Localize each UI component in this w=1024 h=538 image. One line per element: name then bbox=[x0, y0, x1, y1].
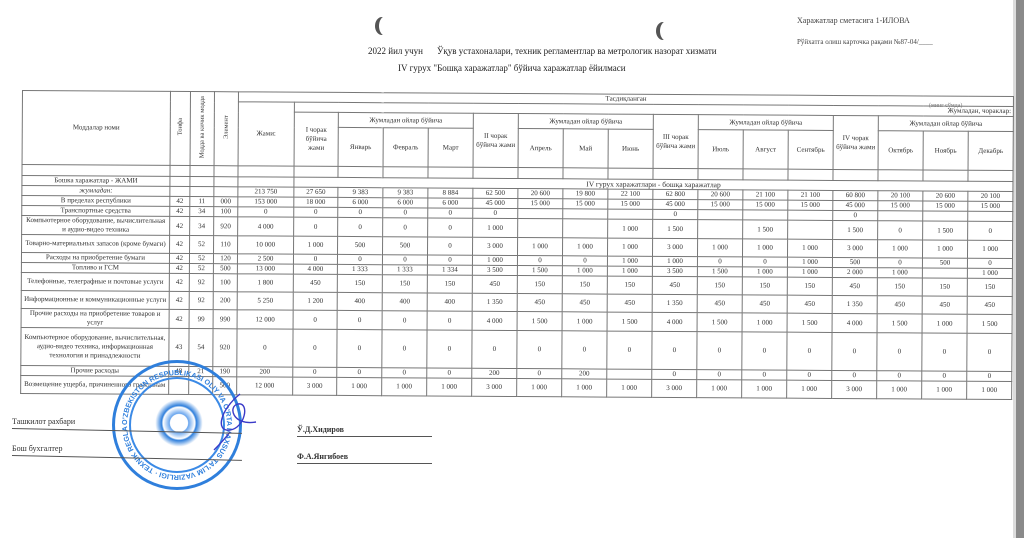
row-value-cell: 1 000 bbox=[967, 268, 1012, 278]
spacer-cell bbox=[518, 168, 563, 179]
row-group: 42 bbox=[169, 253, 189, 263]
row-value-cell: 500 bbox=[383, 237, 428, 255]
spacer-cell bbox=[608, 168, 653, 179]
row-value-cell: 0 bbox=[338, 207, 383, 217]
row-value-cell: 1 333 bbox=[337, 264, 382, 274]
row-value-cell: 0 bbox=[652, 331, 697, 369]
empty-cell bbox=[190, 187, 214, 197]
row-value-cell: 1 500 bbox=[787, 313, 832, 332]
row-value-cell: 2 000 bbox=[832, 267, 877, 277]
row-name: Информационные и коммуникационные услуги bbox=[21, 290, 169, 309]
row-value-cell bbox=[608, 209, 653, 219]
row-value-cell: 0 bbox=[293, 329, 337, 367]
row-value-cell: 0 bbox=[238, 207, 294, 217]
row-value-cell: 0 bbox=[473, 208, 518, 218]
row-value-cell: 150 bbox=[922, 278, 967, 296]
col-header-month: Июнь bbox=[608, 129, 653, 168]
row-value-cell bbox=[788, 210, 833, 220]
col-header-element: Элемент bbox=[214, 92, 238, 166]
row-value-cell: 1 334 bbox=[427, 265, 472, 275]
row-value-cell: 450 bbox=[967, 296, 1012, 314]
row-value-cell: 0 bbox=[922, 371, 967, 381]
col-header-months-group: Жумладан ойлар бўйича bbox=[878, 116, 1013, 132]
col-header-month: Сентябрь bbox=[788, 130, 833, 169]
col-header-element-text: Элемент bbox=[222, 115, 230, 139]
row-value-cell: 450 bbox=[832, 277, 877, 295]
spacer-cell bbox=[968, 170, 1013, 181]
row-value-cell: 150 bbox=[967, 278, 1012, 296]
empty-cell bbox=[214, 187, 238, 197]
row-value-cell: 0 bbox=[382, 255, 427, 265]
row-value-cell: 1 000 bbox=[337, 377, 382, 395]
row-value-cell bbox=[923, 211, 968, 221]
row-value-cell: 0 bbox=[967, 333, 1012, 371]
empty-cell bbox=[190, 177, 214, 187]
row-value-cell: 0 bbox=[337, 367, 382, 377]
row-value-cell: 15 000 bbox=[563, 199, 608, 209]
spacer-cell bbox=[473, 167, 518, 178]
row-value-cell: 1 000 bbox=[517, 238, 562, 256]
row-value-cell: 0 bbox=[607, 331, 652, 369]
row-value-cell: 0 bbox=[337, 329, 382, 367]
row-value-cell: 150 bbox=[787, 277, 832, 295]
col-header-month: Февраль bbox=[383, 128, 428, 167]
row-value-cell: 4 000 bbox=[472, 311, 517, 330]
row-value-cell: 3 000 bbox=[293, 377, 337, 395]
row-value-cell bbox=[563, 219, 608, 238]
row-value-cell: 3 000 bbox=[832, 239, 877, 257]
row-element: 120 bbox=[213, 254, 237, 264]
row-value-cell: 0 bbox=[517, 369, 562, 379]
row-value-cell: 450 bbox=[877, 296, 922, 314]
row-value-cell: 1 500 bbox=[877, 314, 922, 333]
row-group: 42 bbox=[169, 263, 189, 273]
expense-table: Моддалар номиТоифаМодда ва кичик моддаЭл… bbox=[20, 90, 1014, 400]
row-value-cell: 150 bbox=[562, 276, 607, 294]
total-value-cell: 20 600 bbox=[698, 190, 743, 200]
spacer-cell bbox=[338, 166, 383, 177]
chief-accountant-label: Бош бухгалтер bbox=[12, 444, 62, 453]
row-value-cell bbox=[878, 211, 923, 221]
row-value-cell: 0 bbox=[427, 330, 472, 368]
row-value-cell: 12 000 bbox=[237, 310, 293, 329]
row-value-cell: 150 bbox=[382, 275, 427, 293]
row-value-cell: 150 bbox=[697, 277, 742, 295]
row-value-cell bbox=[607, 369, 652, 379]
row-value-cell: 1 000 bbox=[922, 240, 967, 258]
row-value-cell: 0 bbox=[427, 311, 472, 330]
row-value-cell: 0 bbox=[383, 218, 428, 237]
row-value-cell: 1 200 bbox=[293, 292, 337, 310]
row-value-cell: 1 500 bbox=[833, 220, 878, 239]
row-value-cell: 150 bbox=[877, 278, 922, 296]
registration-number: Рўйхатга олиш карточка рақами №87-04/___… bbox=[797, 38, 933, 46]
total-value-cell: 20 100 bbox=[968, 191, 1013, 201]
row-value-cell: 1 000 bbox=[473, 218, 518, 237]
row-value-cell: 500 bbox=[338, 236, 383, 254]
row-value-cell: 153 000 bbox=[238, 197, 294, 207]
row-value-cell: 1 500 bbox=[607, 312, 652, 331]
empty-cell bbox=[238, 177, 294, 187]
row-value-cell: 4 000 bbox=[652, 312, 697, 331]
row-value-cell: 0 bbox=[742, 370, 787, 380]
row-value-cell: 150 bbox=[427, 275, 472, 293]
row-value-cell: 1 500 bbox=[697, 313, 742, 332]
row-value-cell: 1 000 bbox=[562, 266, 607, 276]
head-of-organization-label: Ташкилот рахбари bbox=[12, 417, 75, 426]
spacer-cell bbox=[833, 169, 878, 180]
row-value-cell: 1 000 bbox=[382, 378, 427, 396]
row-value-cell: 0 bbox=[338, 217, 383, 236]
row-value-cell: 450 bbox=[697, 295, 742, 313]
total-value-cell: 20 600 bbox=[923, 191, 968, 201]
row-value-cell: 18 000 bbox=[294, 197, 338, 207]
row-value-cell: 0 bbox=[832, 332, 877, 370]
row-value-cell: 0 bbox=[878, 221, 923, 240]
row-article: 99 bbox=[189, 310, 213, 329]
row-value-cell: 1 000 bbox=[787, 267, 832, 277]
row-value-cell: 15 000 bbox=[878, 201, 923, 211]
spacer-cell bbox=[653, 168, 698, 179]
spacer-cell bbox=[22, 165, 170, 177]
row-value-cell: 1 000 bbox=[967, 381, 1012, 399]
row-value-cell: 0 bbox=[382, 311, 427, 330]
row-value-cell: 1 000 bbox=[967, 240, 1012, 258]
row-value-cell: 450 bbox=[607, 294, 652, 312]
spacer-cell bbox=[238, 166, 294, 177]
col-header-q3: III чорак бўйича жами bbox=[653, 114, 698, 168]
document-subtitle: IV гурух "Бошқа харажатлар" бўйича хараж… bbox=[398, 63, 626, 73]
row-value-cell: 0 bbox=[787, 332, 832, 370]
row-value-cell: 45 000 bbox=[653, 199, 698, 209]
spacer-cell bbox=[294, 166, 338, 177]
total-value-cell: 60 800 bbox=[833, 190, 878, 200]
row-value-cell: 0 bbox=[562, 331, 607, 369]
row-name: Товарно-материальных запасов (кроме бума… bbox=[22, 235, 170, 254]
row-value-cell: 5 250 bbox=[237, 292, 293, 310]
row-group: 42 bbox=[169, 309, 189, 328]
row-value-cell: 0 bbox=[428, 208, 473, 218]
row-group: 42 bbox=[170, 216, 190, 235]
row-value-cell: 500 bbox=[922, 258, 967, 268]
row-value-cell: 450 bbox=[787, 295, 832, 313]
row-value-cell: 15 000 bbox=[518, 199, 563, 209]
row-value-cell: 1 000 bbox=[787, 239, 832, 257]
empty-cell bbox=[170, 186, 190, 196]
col-header-month: Июль bbox=[698, 130, 743, 169]
row-value-cell: 4 000 bbox=[293, 264, 337, 274]
row-value-cell: 0 bbox=[517, 256, 562, 266]
row-value-cell: 0 bbox=[877, 371, 922, 381]
row-value-cell: 150 bbox=[742, 277, 787, 295]
spacer-cell bbox=[923, 170, 968, 181]
row-article: 34 bbox=[190, 217, 214, 236]
row-element: 100 bbox=[214, 207, 238, 217]
col-header-q1: I чорак бўйича жами bbox=[294, 112, 338, 166]
row-value-cell bbox=[563, 209, 608, 219]
row-group: 42 bbox=[170, 196, 190, 206]
row-value-cell: 0 bbox=[428, 218, 473, 237]
row-article: 92 bbox=[189, 292, 213, 310]
row-value-cell: 450 bbox=[293, 274, 337, 292]
head-name: Ў.Д.Хидиров bbox=[297, 425, 344, 434]
row-value-cell: 0 bbox=[787, 370, 832, 380]
row-value-cell: 1 800 bbox=[237, 274, 293, 292]
row-value-cell: 15 000 bbox=[698, 200, 743, 210]
row-value-cell: 1 000 bbox=[294, 236, 338, 254]
row-value-cell: 400 bbox=[382, 293, 427, 311]
row-value-cell: 0 bbox=[383, 208, 428, 218]
row-value-cell: 3 500 bbox=[652, 266, 697, 276]
row-value-cell: 10 000 bbox=[238, 236, 294, 254]
row-value-cell: 1 000 bbox=[877, 381, 922, 399]
row-value-cell bbox=[968, 211, 1013, 221]
row-value-cell: 1 000 bbox=[742, 239, 787, 257]
row-element: 920 bbox=[213, 329, 237, 367]
row-value-cell: 6 000 bbox=[428, 198, 473, 208]
row-value-cell bbox=[518, 209, 563, 219]
row-value-cell: 0 bbox=[294, 217, 338, 236]
row-value-cell: 0 bbox=[293, 367, 337, 377]
row-value-cell bbox=[518, 219, 563, 238]
spacer-cell bbox=[214, 166, 238, 177]
row-article: 52 bbox=[190, 236, 214, 254]
row-value-cell: 3 000 bbox=[652, 379, 697, 397]
row-value-cell: 1 000 bbox=[922, 381, 967, 399]
row-element: 100 bbox=[213, 274, 237, 292]
row-value-cell: 15 000 bbox=[923, 201, 968, 211]
row-name: Телефонные, телеграфные и почтовые услуг… bbox=[21, 272, 169, 291]
row-group: 42 bbox=[169, 273, 189, 291]
total-value-cell: 21 100 bbox=[743, 190, 788, 200]
row-value-cell bbox=[788, 220, 833, 239]
row-value-cell: 0 bbox=[653, 209, 698, 219]
row-value-cell: 450 bbox=[517, 294, 562, 312]
spacer-cell bbox=[190, 166, 214, 177]
row-value-cell: 450 bbox=[652, 276, 697, 294]
row-value-cell: 1 000 bbox=[742, 380, 787, 398]
row-value-cell: 0 bbox=[877, 258, 922, 268]
row-value-cell bbox=[698, 220, 743, 239]
row-value-cell: 0 bbox=[382, 330, 427, 368]
row-value-cell: 450 bbox=[472, 275, 517, 293]
total-value-cell: 62 800 bbox=[653, 189, 698, 199]
col-header-month: Май bbox=[563, 129, 608, 168]
total-value-cell: 9 383 bbox=[338, 187, 383, 197]
row-article: 52 bbox=[189, 264, 213, 274]
row-value-cell: 1 000 bbox=[562, 379, 607, 397]
row-value-cell: 1 000 bbox=[608, 219, 653, 238]
row-name: Прочие расходы на приобретение товаров и… bbox=[21, 308, 169, 328]
row-group: 42 bbox=[170, 206, 190, 216]
row-value-cell: 0 bbox=[337, 254, 382, 264]
row-value-cell bbox=[743, 210, 788, 220]
row-value-cell: 2 500 bbox=[237, 254, 293, 264]
row-value-cell: 1 350 bbox=[652, 294, 697, 312]
row-value-cell: 150 bbox=[607, 276, 652, 294]
col-header-q2: II чорак бўйича жами bbox=[473, 113, 518, 167]
row-value-cell: 0 bbox=[833, 210, 878, 220]
row-value-cell bbox=[922, 268, 967, 278]
row-value-cell: 0 bbox=[517, 331, 562, 369]
row-value-cell: 150 bbox=[337, 274, 382, 292]
row-value-cell: 1 500 bbox=[923, 221, 968, 240]
row-value-cell: 3 000 bbox=[832, 380, 877, 398]
total-value-cell: 213 750 bbox=[238, 187, 294, 197]
row-value-cell: 1 000 bbox=[607, 256, 652, 266]
row-value-cell: 15 000 bbox=[788, 200, 833, 210]
row-element: 200 bbox=[213, 292, 237, 310]
row-element: 920 bbox=[214, 217, 238, 236]
row-value-cell: 1 000 bbox=[427, 378, 472, 396]
row-value-cell: 1 000 bbox=[877, 268, 922, 278]
accountant-name-line bbox=[297, 463, 432, 464]
total-value-cell: 19 800 bbox=[563, 189, 608, 199]
row-value-cell: 1 000 bbox=[472, 255, 517, 265]
col-header-month: Август bbox=[743, 130, 788, 169]
row-value-cell: 0 bbox=[742, 257, 787, 267]
row-value-cell: 0 bbox=[967, 258, 1012, 268]
row-group: 42 bbox=[170, 235, 190, 253]
row-value-cell: 1 500 bbox=[653, 219, 698, 238]
row-element: 000 bbox=[214, 197, 238, 207]
spacer-cell bbox=[878, 170, 923, 181]
row-value-cell: 400 bbox=[427, 293, 472, 311]
row-value-cell: 0 bbox=[294, 207, 338, 217]
state-emblem-icon bbox=[151, 395, 207, 451]
row-value-cell: 15 000 bbox=[608, 199, 653, 209]
spacer-cell bbox=[170, 165, 190, 176]
row-value-cell: 1 000 bbox=[607, 238, 652, 256]
row-value-cell: 3 500 bbox=[472, 265, 517, 275]
row-value-cell: 1 000 bbox=[517, 379, 562, 397]
row-value-cell: 1 000 bbox=[607, 266, 652, 276]
spacer-cell bbox=[428, 167, 473, 178]
row-value-cell: 0 bbox=[967, 371, 1012, 381]
col-header-name: Моддалар номи bbox=[22, 91, 170, 166]
row-value-cell bbox=[698, 210, 743, 220]
total-value-cell: 27 650 bbox=[294, 187, 338, 197]
row-value-cell: 0 bbox=[237, 329, 293, 367]
col-header-month: Октябрь bbox=[878, 131, 923, 170]
total-value-cell: 62 500 bbox=[473, 188, 518, 198]
row-value-cell: 0 bbox=[742, 332, 787, 370]
row-value-cell: 3 000 bbox=[472, 237, 517, 255]
row-element: 110 bbox=[214, 236, 238, 254]
row-value-cell: 1 000 bbox=[652, 256, 697, 266]
row-value-cell: 1 000 bbox=[697, 380, 742, 398]
row-value-cell: 0 bbox=[968, 221, 1013, 240]
row-value-cell: 3 000 bbox=[652, 238, 697, 256]
year-label: 2022 йил учун bbox=[368, 46, 423, 56]
col-header-q4: IV чорак бўйича жами bbox=[833, 115, 878, 169]
col-header-group-text: Тоифа bbox=[176, 118, 184, 135]
row-value-cell: 6 000 bbox=[338, 197, 383, 207]
row-value-cell: 0 bbox=[832, 370, 877, 380]
row-value-cell: 1 500 bbox=[743, 220, 788, 239]
accountant-name: Ф.А.Янгибоев bbox=[297, 452, 348, 461]
spacer-cell bbox=[563, 168, 608, 179]
empty-cell bbox=[170, 176, 190, 186]
row-value-cell: 0 bbox=[562, 256, 607, 266]
row-value-cell: 1 500 bbox=[697, 267, 742, 277]
appendix-label: Харажатлар сметасига 1-ИЛОВА bbox=[797, 16, 910, 25]
col-header-article-text: Модда ва кичик модда bbox=[198, 96, 206, 158]
row-value-cell: 0 bbox=[427, 368, 472, 378]
spacer-cell bbox=[383, 167, 428, 178]
row-value-cell: 4 000 bbox=[238, 217, 294, 236]
row-value-cell: 3 000 bbox=[472, 378, 517, 396]
row-value-cell: 400 bbox=[337, 292, 382, 310]
row-value-cell: 0 bbox=[697, 370, 742, 380]
row-article: 52 bbox=[189, 254, 213, 264]
organization-name: Ўқув устахоналари, техник регламентлар в… bbox=[437, 46, 717, 56]
row-value-cell: 45 000 bbox=[473, 198, 518, 208]
row-value-cell: 0 bbox=[427, 237, 472, 255]
row-value-cell: 450 bbox=[742, 295, 787, 313]
col-header-months-group: Жумладан ойлар бўйича bbox=[338, 112, 473, 128]
row-value-cell: 4 000 bbox=[832, 313, 877, 332]
row-name: Компьютерное оборудование, вычислительна… bbox=[21, 327, 169, 366]
row-article: 11 bbox=[190, 197, 214, 207]
row-article: 92 bbox=[189, 274, 213, 292]
row-value-cell: 0 bbox=[877, 333, 922, 371]
row-value-cell: 1 000 bbox=[607, 379, 652, 397]
row-value-cell: 1 000 bbox=[787, 380, 832, 398]
row-value-cell: 1 000 bbox=[697, 239, 742, 257]
row-value-cell: 0 bbox=[922, 333, 967, 371]
row-value-cell: 0 bbox=[337, 310, 382, 329]
col-header-total: Жами: bbox=[238, 102, 294, 166]
row-value-cell: 15 000 bbox=[743, 200, 788, 210]
row-value-cell: 0 bbox=[293, 254, 337, 264]
row-article: 34 bbox=[190, 207, 214, 217]
col-header-month: Ноябрь bbox=[923, 131, 968, 170]
document-title: 2022 йил учунЎқув устахоналари, техник р… bbox=[368, 46, 717, 56]
row-value-cell: 0 bbox=[427, 255, 472, 265]
row-value-cell: 500 bbox=[832, 257, 877, 267]
row-value-cell: 1 350 bbox=[472, 293, 517, 311]
row-value-cell: 1 500 bbox=[517, 312, 562, 331]
row-element: 500 bbox=[213, 264, 237, 274]
row-value-cell: 200 bbox=[472, 368, 517, 378]
total-value-cell: 20 600 bbox=[518, 189, 563, 199]
row-value-cell: 1 000 bbox=[562, 238, 607, 256]
row-value-cell: 1 000 bbox=[922, 314, 967, 333]
row-value-cell: 1 000 bbox=[562, 312, 607, 331]
row-value-cell: 1 000 bbox=[787, 257, 832, 267]
total-value-cell: 22 100 bbox=[608, 189, 653, 199]
row-value-cell: 1 000 bbox=[877, 240, 922, 258]
row-value-cell: 1 350 bbox=[832, 295, 877, 313]
row-value-cell: 450 bbox=[922, 296, 967, 314]
total-value-cell: 8 884 bbox=[428, 188, 473, 198]
scan-edge bbox=[1016, 0, 1024, 538]
row-value-cell: 1 500 bbox=[967, 314, 1012, 333]
row-value-cell: 0 bbox=[382, 368, 427, 378]
row-value-cell: 0 bbox=[472, 330, 517, 368]
total-value-cell: 20 100 bbox=[878, 191, 923, 201]
spacer-cell bbox=[788, 169, 833, 180]
row-value-cell: 0 bbox=[652, 369, 697, 379]
col-header-month: Декабрь bbox=[968, 131, 1013, 170]
empty-cell bbox=[214, 177, 238, 187]
row-value-cell: 200 bbox=[237, 367, 293, 377]
spacer-cell bbox=[743, 169, 788, 180]
row-value-cell: 0 bbox=[293, 310, 337, 329]
col-header-months-group: Жумладан ойлар бўйича bbox=[518, 114, 653, 130]
row-value-cell: 1 500 bbox=[517, 266, 562, 276]
